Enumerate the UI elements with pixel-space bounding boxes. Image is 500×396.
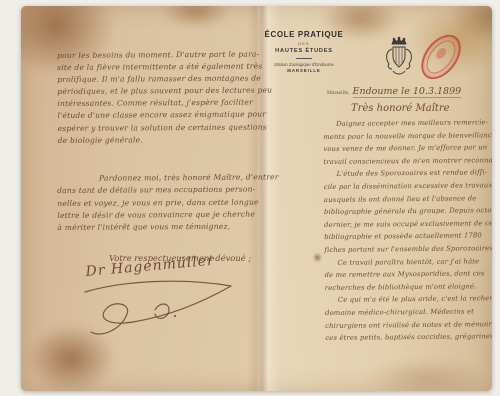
handwritten-line: espérer y trouver la solution de certain…: [58, 121, 273, 135]
letter-paper: pour les besoins du moment. D'autre part…: [21, 6, 492, 391]
letterhead-divider: [296, 58, 312, 59]
left-page-paragraph-1: pour les besoins du moment. D'autre part…: [57, 48, 273, 146]
handwritten-line: Daignez accepter mes meilleurs remercie-: [323, 116, 492, 131]
coat-of-arms-crest-icon: [383, 36, 415, 78]
signature-flourish: [73, 276, 248, 340]
handwritten-line: domaine médico-chirurgical. Médecins et: [325, 305, 492, 320]
right-page-body: Daignez accepter mes meilleurs remercie-…: [323, 116, 492, 345]
letterhead-school-name: ÉCOLE PRATIQUE: [261, 30, 347, 39]
dateline-handwritten-date: Endoume le 10.3.1899: [353, 86, 462, 98]
scan-background: pour les besoins du moment. D'autre part…: [0, 0, 500, 396]
ink-dot: [174, 315, 176, 317]
handwritten-line: ces êtres petits, baptisés coccidies, gr…: [325, 330, 492, 345]
handwritten-line: dans tant de détails sur mes occupations…: [57, 184, 279, 198]
letterhead-hautes-etudes: HAUTES ÉTUDES: [261, 48, 347, 54]
salutation: Très honoré Maître: [351, 103, 450, 114]
dateline: Marseille,Endoume le 10.3.1899: [327, 79, 461, 98]
handwritten-line: de biologie générale.: [58, 133, 273, 147]
stain: [313, 253, 322, 262]
letterhead-city: MARSEILLE: [261, 68, 347, 73]
handwritten-line: à mériter l'intérêt que vous me témoigne…: [57, 221, 279, 235]
handwritten-line: cile par la dissémination excessive des …: [324, 179, 492, 194]
stain: [361, 358, 491, 391]
dateline-printed-city: Marseille,: [327, 90, 350, 96]
left-page-paragraph-2: Pardonnez moi, très honoré Maître, d'ent…: [57, 171, 279, 234]
letterhead-station: Station Zoologique d'Endoume: [261, 62, 347, 67]
handwritten-line: fiches portant sur l'ensemble des Sporoz…: [324, 242, 492, 257]
letterhead-des: DES: [261, 41, 347, 46]
handwritten-line: l'étude d'une classe encore assez énigma…: [57, 109, 272, 123]
handwritten-line: lettre le désir de vous convaincre que j…: [57, 208, 279, 222]
letterhead: ÉCOLE PRATIQUE DES HAUTES ÉTUDES Station…: [261, 30, 347, 73]
